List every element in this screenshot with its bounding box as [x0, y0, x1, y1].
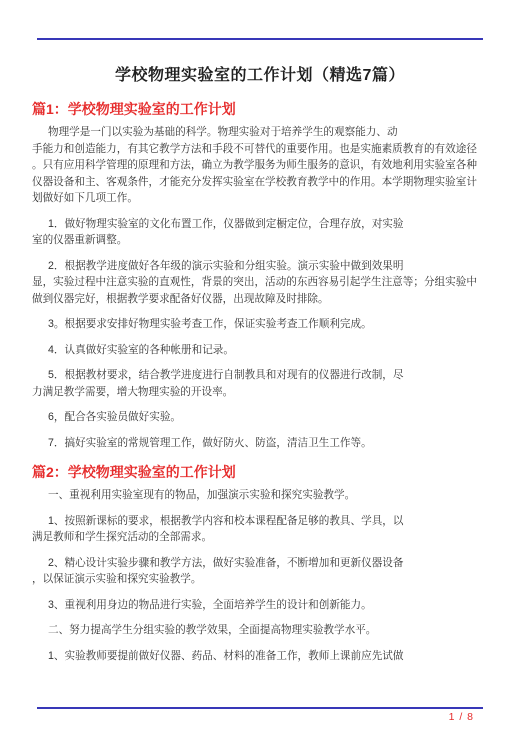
paragraph: 物理学是一门以实验为基础的科学。物理实验对于培养学生的观察能力、动 手能力和创造… — [32, 124, 496, 207]
paragraph: 2、精心设计实验步骤和教学方法，做好实验准备，不断增加和更新仪器设备 ，以保证演… — [32, 555, 496, 588]
paragraph: 3、重视利用身边的物品进行实验，全面培养学生的设计和创新能力。 — [32, 597, 496, 614]
section-heading: 篇1：学校物理实验室的工作计划 — [32, 100, 496, 118]
paragraph: 2．根据教学进度做好各年级的演示实验和分组实验。演示实验中做到效果明 显，实验过… — [32, 258, 496, 308]
document-section: 篇2：学校物理实验室的工作计划 一、重视利用实验室现有的物品，加强演示实验和探究… — [32, 463, 496, 664]
paragraph: 4．认真做好实验室的各种帐册和记录。 — [32, 342, 496, 359]
document-section: 篇1：学校物理实验室的工作计划 物理学是一门以实验为基础的科学。物理实验对于培养… — [32, 100, 496, 451]
paragraph: 二、努力提高学生分组实验的教学效果，全面提高物理实验教学水平。 — [32, 622, 496, 639]
paragraph: 7．搞好实验室的常规管理工作，做好防火、防盗，清洁卫生工作等。 — [32, 435, 496, 452]
paragraph: 1．做好物理实验室的文化布置工作，仪器做到定橱定位，合理存放，对实验 室的仪器重… — [32, 216, 496, 249]
document-body: 篇1：学校物理实验室的工作计划 物理学是一门以实验为基础的科学。物理实验对于培养… — [32, 100, 496, 664]
paragraph: 5．根据教材要求，结合教学进度进行自制教具和对现有的仪器进行改制，尽 力满足教学… — [32, 367, 496, 400]
page-title: 学校物理实验室的工作计划（精选7篇） — [32, 64, 488, 88]
paragraph: 3。根据要求安排好物理实验考查工作，保证实验考查工作顺利完成。 — [32, 316, 496, 333]
paragraph: 一、重视利用实验室现有的物品，加强演示实验和探究实验教学。 — [32, 487, 496, 504]
header-divider — [37, 38, 483, 40]
paragraph: 1、实验教师要提前做好仪器、药品、材料的准备工作，教师上课前应先试做 — [32, 648, 496, 665]
paragraph: 6，配合各实验员做好实验。 — [32, 409, 496, 426]
document-page: 学校物理实验室的工作计划（精选7篇） 篇1：学校物理实验室的工作计划 物理学是一… — [0, 0, 520, 735]
paragraph: 1、按照新课标的要求，根据教学内容和校本课程配备足够的教具、学具，以 满足教师和… — [32, 513, 496, 546]
page-number: 1 / 8 — [449, 711, 474, 723]
section-heading: 篇2：学校物理实验室的工作计划 — [32, 463, 496, 481]
footer-divider — [37, 707, 483, 709]
